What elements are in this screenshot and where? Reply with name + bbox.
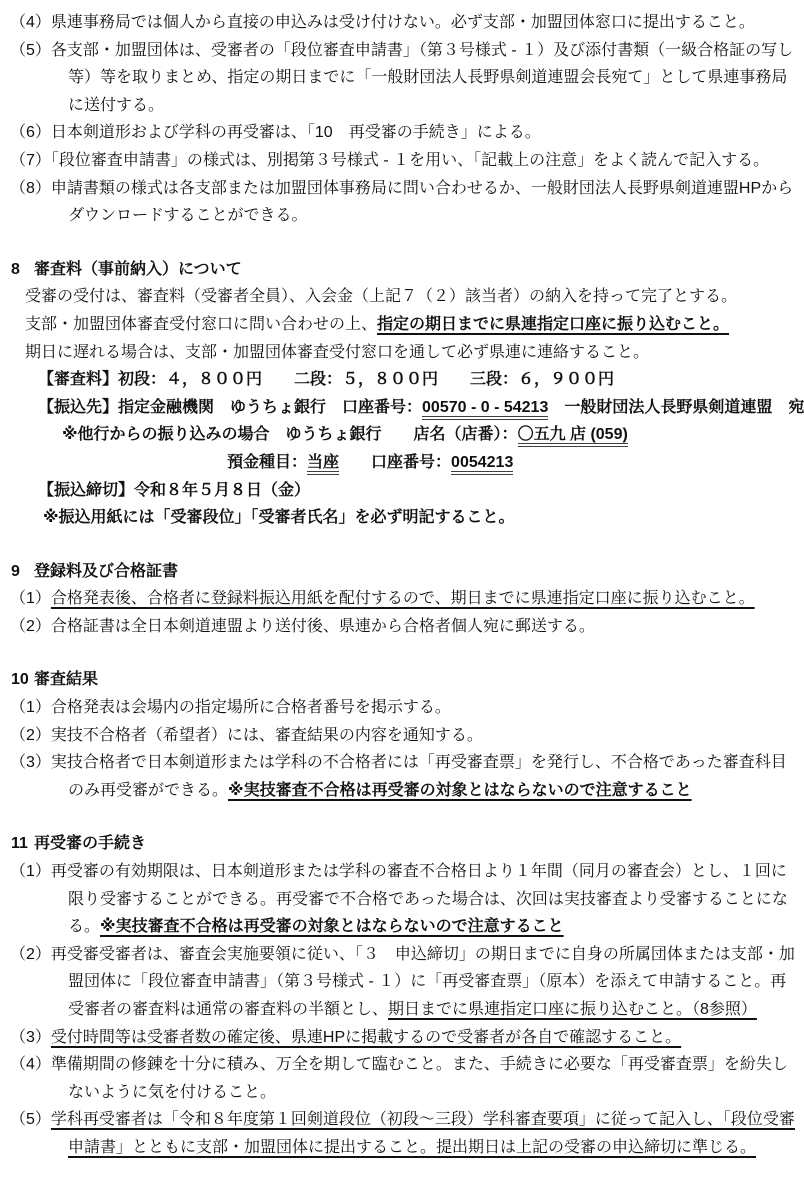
item-marker: （1） (10, 863, 51, 880)
text-run: ※他行からの振り込みの場合 ゆうちょ銀行 店名（店番）： (62, 426, 518, 443)
list-item: （2）合格証書は全日本剣道連盟より送付後、県連から合格者個人宛に郵送する。 (10, 613, 798, 641)
list-item: （8）申請書類の様式は各支部または加盟団体事務局に問い合わせるか、一般財団法人長… (10, 175, 798, 230)
text-run: 各支部・加盟団体は、受審者の「段位審査申請書」（第３号様式 - １）及び添付書類… (51, 42, 793, 114)
section-number: 9 (11, 558, 34, 586)
text-run: 一般財団法人長野県剣道連盟 宛 (548, 399, 804, 416)
list-item: （4）準備期間の修錬を十分に積み、万全を期して臨むこと。また、手続きに必要な「再… (10, 1051, 798, 1106)
section-heading: 9登録料及び合格証書 (10, 558, 798, 586)
paragraph: 期日に遅れる場合は、支部・加盟団体審査受付窓口を通して必ず県連に連絡すること。 (25, 339, 798, 367)
list-item: （2）再受審受審者は、審査会実施要領に従い、「３ 申込締切」の期日までに自身の所… (10, 941, 798, 1024)
text-run: 日本剣道形および学科の再受審は、「10 再受審の手続き」による。 (51, 124, 541, 141)
text-run: 「段位審査申請書」の様式は、別掲第３号様式 - １を用い、「記載上の注意」をよく… (51, 152, 769, 169)
section-9: 9登録料及び合格証書（1）合格発表後、合格者に登録料振込用紙を配付するので、期日… (10, 558, 798, 641)
section-heading: 10審査結果 (10, 666, 798, 694)
text-run: 期日までに県連指定口座に振り込むこと。（8参照） (388, 1001, 757, 1018)
section-title: 再受審の手続き (34, 835, 146, 852)
text-run: 指定の期日までに県連指定口座に振り込むこと。 (377, 316, 729, 333)
item-marker: （5） (10, 42, 51, 59)
item-marker: （2） (10, 727, 51, 744)
text-run: ※実技審査不合格は再受審の対象とはならないので注意すること (228, 782, 692, 799)
item-marker: （4） (10, 14, 51, 31)
item-marker: （6） (10, 124, 51, 141)
sections: 8審査料（事前納入）について受審の受付は、審査料（受審者全員）、入会金（上記７（… (10, 256, 798, 1162)
text-run: 0054213 (451, 454, 513, 475)
detail-line: ※振込用紙には「受審段位」「受審者氏名」を必ず明記すること。 (43, 504, 798, 532)
list-item: （1）合格発表は会場内の指定場所に合格者番号を掲示する。 (10, 694, 798, 722)
text-run: 合格発表後、合格者に登録料振込用紙を配付するので、期日までに県連指定口座に振り込… (51, 590, 755, 607)
list-item: （4）県連事務局では個人から直接の申込みは受け付けない。必ず支部・加盟団体窓口に… (10, 9, 798, 37)
detail-line: 預金種目：当座 口座番号：0054213 (227, 449, 798, 477)
text-run: ※振込用紙には「受審段位」「受審者氏名」を必ず明記すること。 (43, 509, 515, 526)
paragraph: 受審の受付は、審査料（受審者全員）、入会金（上記７（２）該当者）の納入を持って完… (25, 283, 798, 311)
section-11: 11再受審の手続き（1）再受審の有効期限は、日本剣道形または学科の審査不合格日よ… (10, 830, 798, 1161)
text-run: 準備期間の修錬を十分に積み、万全を期して臨むこと。また、手続きに必要な「再受審査… (51, 1056, 788, 1101)
section-10: 10審査結果（1）合格発表は会場内の指定場所に合格者番号を掲示する。（2）実技不… (10, 666, 798, 804)
text-run: 合格証書は全日本剣道連盟より送付後、県連から合格者個人宛に郵送する。 (51, 618, 595, 635)
text-run: ※実技審査不合格は再受審の対象とはならないので注意すること (100, 918, 564, 935)
section-title: 審査結果 (34, 671, 98, 688)
list-item: （5）各支部・加盟団体は、受審者の「段位審査申請書」（第３号様式 - １）及び添… (10, 37, 798, 120)
detail-line: ※他行からの振り込みの場合 ゆうちょ銀行 店名（店番）：〇五九 店 (059) (62, 421, 798, 449)
list-item: （7）「段位審査申請書」の様式は、別掲第３号様式 - １を用い、「記載上の注意」… (10, 147, 798, 175)
text-run: 合格発表は会場内の指定場所に合格者番号を掲示する。 (51, 699, 451, 716)
text-run: 学科再受審者は「令和８年度第１回剣道段位（初段～三段）学科審査要項」に従って記入… (51, 1111, 795, 1156)
section-number: 11 (11, 830, 34, 858)
text-run: 申請書類の様式は各支部または加盟団体事務局に問い合わせるか、一般財団法人長野県剣… (51, 180, 793, 225)
item-marker: （2） (10, 946, 51, 963)
list-item: （6）日本剣道形および学科の再受審は、「10 再受審の手続き」による。 (10, 119, 798, 147)
section-number: 10 (11, 666, 34, 694)
list-item: （1）合格発表後、合格者に登録料振込用紙を配付するので、期日までに県連指定口座に… (10, 585, 798, 613)
section-title: 審査料（事前納入）について (34, 261, 242, 278)
section-number: 8 (11, 256, 34, 284)
text-run: 受付時間等は受審者数の確定後、県連HPに掲載するので受審者が各自で確認すること。 (51, 1029, 681, 1046)
document-page: （4）県連事務局では個人から直接の申込みは受け付けない。必ず支部・加盟団体窓口に… (0, 0, 804, 1200)
section-heading: 11再受審の手続き (10, 830, 798, 858)
text-run: 県連事務局では個人から直接の申込みは受け付けない。必ず支部・加盟団体窓口に提出す… (51, 14, 755, 31)
item-marker: （1） (10, 590, 51, 607)
paragraph: 支部・加盟団体審査受付窓口に問い合わせの上、指定の期日までに県連指定口座に振り込… (25, 311, 798, 339)
text-run: 【審査料】初段：４，８００円 二段：５，８００円 三段：６，９００円 (38, 371, 614, 388)
text-run: 00570 - 0 - 54213 (422, 399, 548, 420)
text-run: 当座 (307, 454, 339, 475)
section-heading: 8審査料（事前納入）について (10, 256, 798, 284)
section-title: 登録料及び合格証書 (34, 563, 178, 580)
text-run: 〇五九 店 (059) (518, 426, 628, 447)
item-marker: （8） (10, 180, 51, 197)
text-run: 期日に遅れる場合は、支部・加盟団体審査受付窓口を通して必ず県連に連絡すること。 (25, 344, 649, 361)
text-run: 預金種目： (227, 454, 307, 471)
section-8: 8審査料（事前納入）について受審の受付は、審査料（受審者全員）、入会金（上記７（… (10, 256, 798, 532)
intro-list: （4）県連事務局では個人から直接の申込みは受け付けない。必ず支部・加盟団体窓口に… (10, 9, 798, 230)
text-run: 実技不合格者（希望者）には、審査結果の内容を通知する。 (51, 727, 483, 744)
item-marker: （5） (10, 1111, 51, 1128)
item-marker: （4） (10, 1056, 51, 1073)
list-item: （3）実技合格者で日本剣道形または学科の不合格者には「再受審査票」を発行し、不合… (10, 749, 798, 804)
detail-line: 【振込先】指定金融機関 ゆうちょ銀行 口座番号：00570 - 0 - 5421… (38, 394, 798, 422)
list-item: （5）学科再受審者は「令和８年度第１回剣道段位（初段～三段）学科審査要項」に従っ… (10, 1106, 798, 1161)
detail-line: 【審査料】初段：４，８００円 二段：５，８００円 三段：６，９００円 (38, 366, 798, 394)
item-marker: （2） (10, 618, 51, 635)
text-run: 支部・加盟団体審査受付窓口に問い合わせの上、 (25, 316, 377, 333)
item-marker: （7） (10, 152, 51, 169)
text-run: 受審の受付は、審査料（受審者全員）、入会金（上記７（２）該当者）の納入を持って完… (25, 288, 737, 305)
item-marker: （3） (10, 754, 51, 771)
text-run: 【振込締切】令和８年５月８日（金） (38, 482, 310, 499)
text-run: 【振込先】指定金融機関 ゆうちょ銀行 口座番号： (38, 399, 422, 416)
list-item: （2）実技不合格者（希望者）には、審査結果の内容を通知する。 (10, 722, 798, 750)
list-item: （3）受付時間等は受審者数の確定後、県連HPに掲載するので受審者が各自で確認する… (10, 1024, 798, 1052)
item-marker: （1） (10, 699, 51, 716)
item-marker: （3） (10, 1029, 51, 1046)
text-run: 口座番号： (339, 454, 451, 471)
detail-line: 【振込締切】令和８年５月８日（金） (38, 477, 798, 505)
list-item: （1）再受審の有効期限は、日本剣道形または学科の審査不合格日より１年間（同月の審… (10, 858, 798, 941)
